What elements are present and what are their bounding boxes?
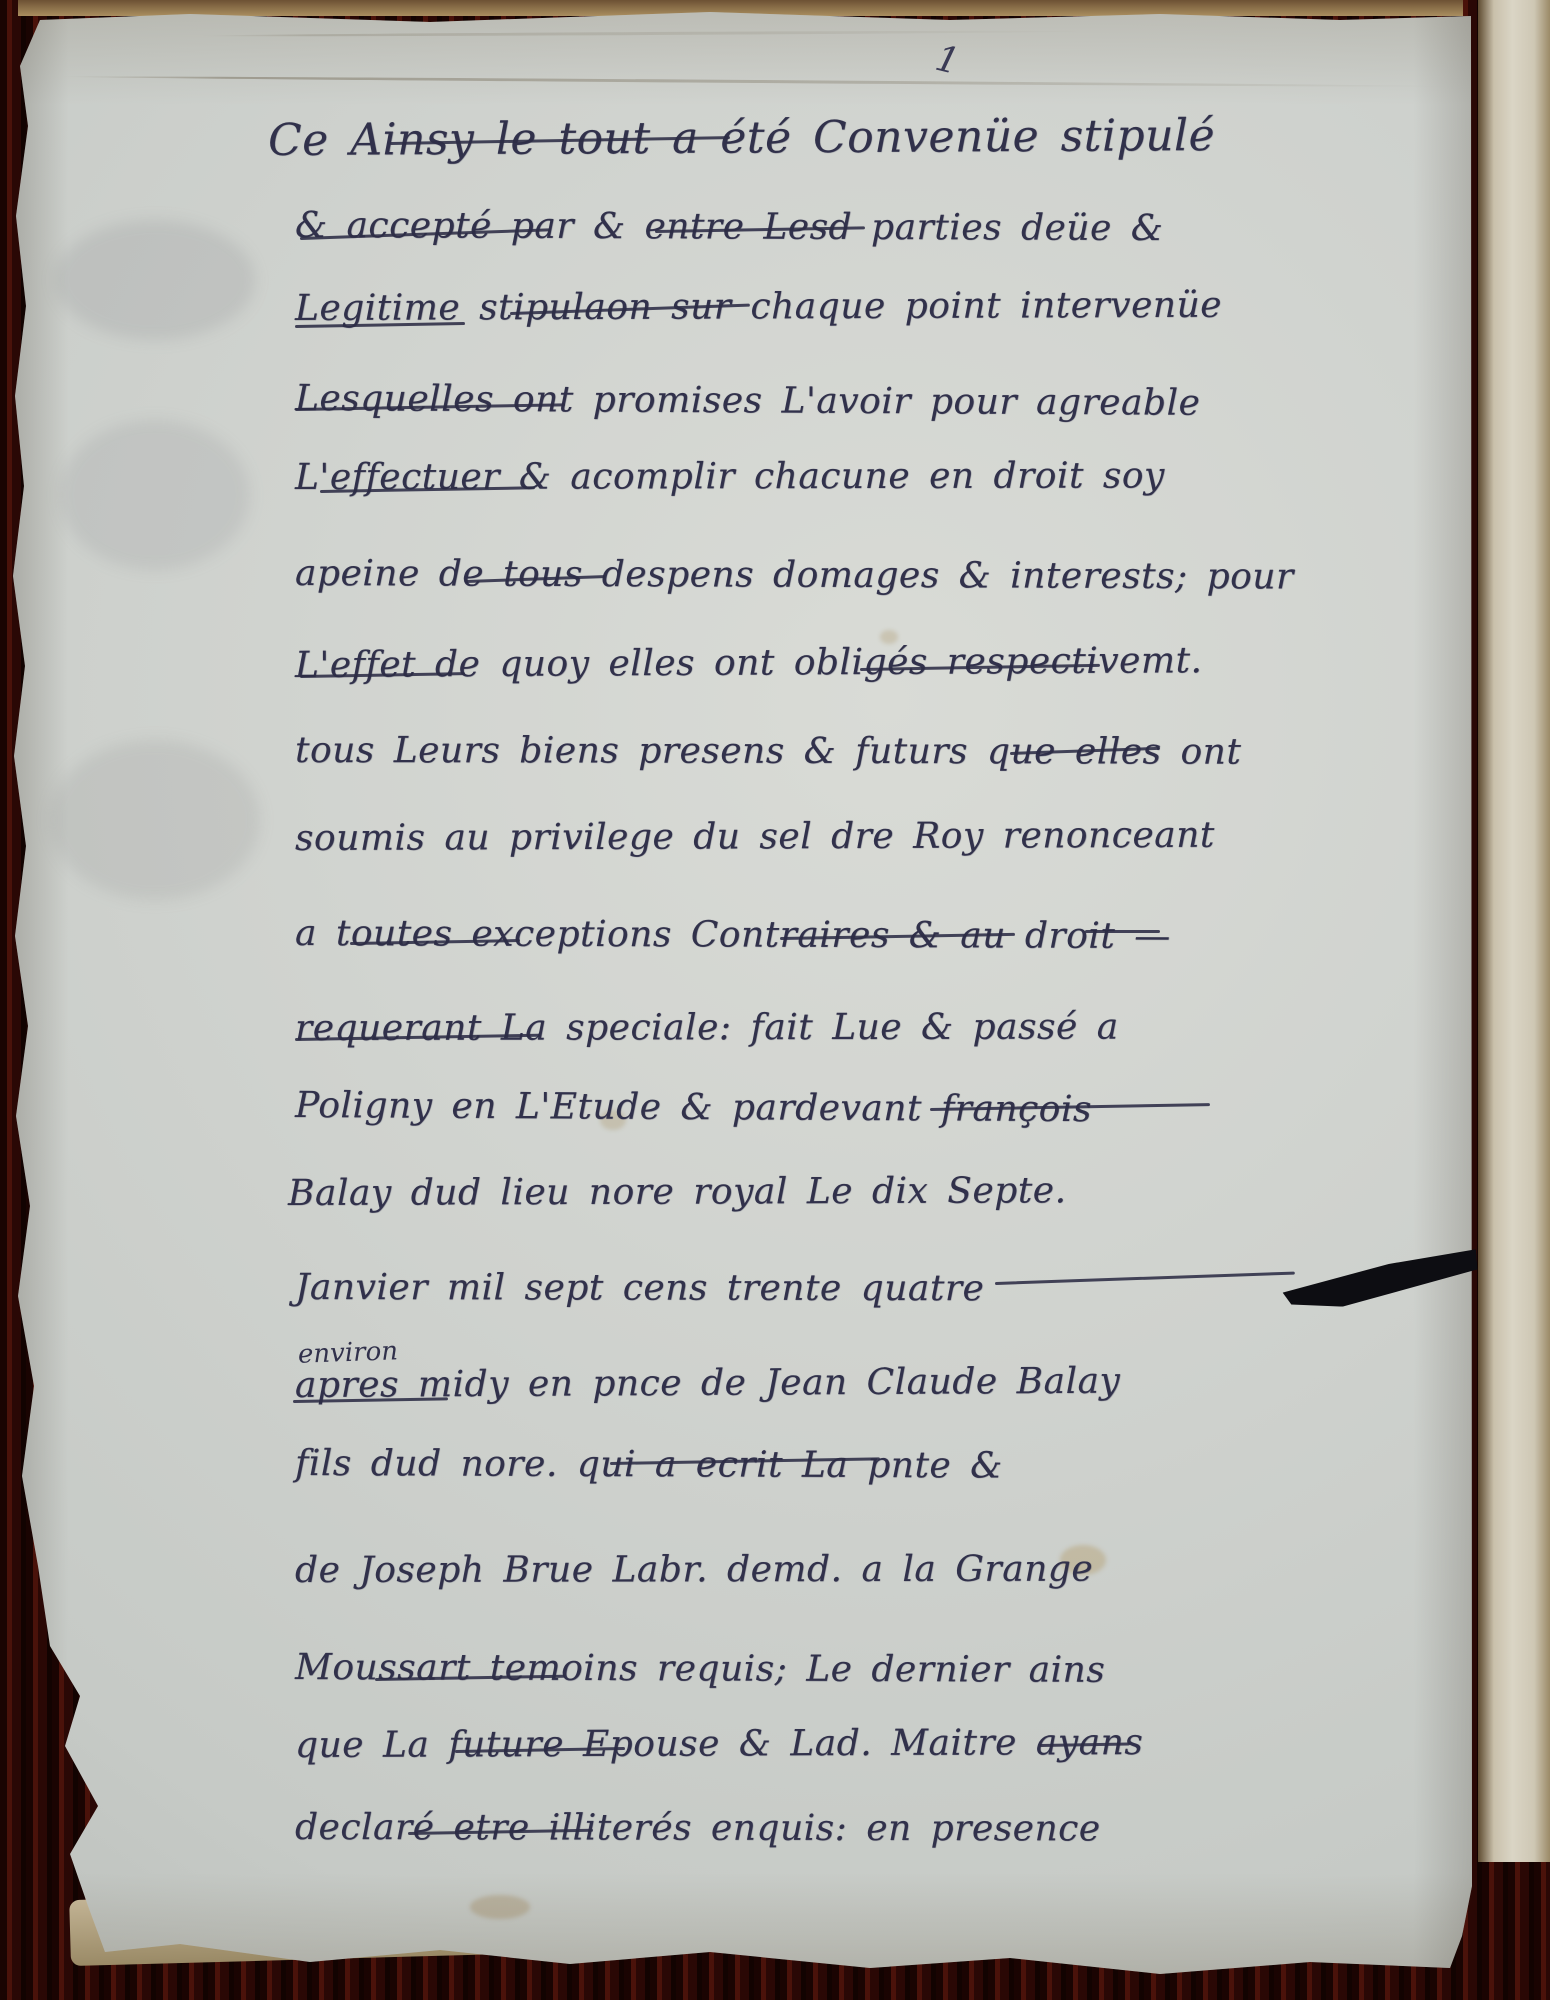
manuscript-line: L'effectuer & acomplir chacune en droit … (295, 455, 1165, 498)
manuscript-line: Moussart temoins requis; Le dernier ains (295, 1647, 1105, 1691)
manuscript-line: apeine de tous despens domages & interes… (295, 553, 1294, 597)
manuscript-line: de Joseph Brue Labr. demd. a la Grange (295, 1549, 1093, 1591)
manuscript-line: a toutes exceptions Contraires & au droi… (295, 913, 1171, 957)
strike-mark (1085, 930, 1160, 933)
manuscript-line: declaré etre illiterés enquis: en presen… (295, 1807, 1101, 1849)
manuscript-line: Janvier mil sept cens trente quatre (295, 1267, 984, 1309)
manuscript-line: Lesquelles ont promises L'avoir pour agr… (295, 378, 1201, 424)
manuscript-line: L'effet de quoy elles ont obligés respec… (295, 640, 1203, 686)
fox-stain (470, 1895, 530, 1919)
interlinear-insertion: environ (298, 1336, 399, 1369)
show-through-smudge (50, 740, 260, 900)
manuscript-line: requerant La speciale: fait Lue & passé … (295, 1007, 1119, 1049)
adjacent-page-edge (1478, 0, 1550, 1862)
manuscript-line: & accepté par & entre Lesd parties deüe … (295, 205, 1163, 249)
manuscript-line: que La future Epouse & Lad. Maitre ayans (295, 1722, 1143, 1766)
manuscript-line: soumis au privilege du sel dre Roy renon… (295, 815, 1215, 859)
manuscript-line: fils dud nore. qui a ecrit La pnte & (295, 1443, 1003, 1486)
show-through-smudge (60, 420, 250, 570)
manuscript-photo: 1 Ce Ainsy le tout a été Convenüe stipul… (0, 0, 1550, 2000)
manuscript-line: Ce Ainsy le tout a été Convenüe stipulé (268, 110, 1215, 166)
show-through-smudge (55, 220, 255, 340)
manuscript-line: Balay dud lieu nore royal Le dix Septe. (288, 1170, 1067, 1214)
